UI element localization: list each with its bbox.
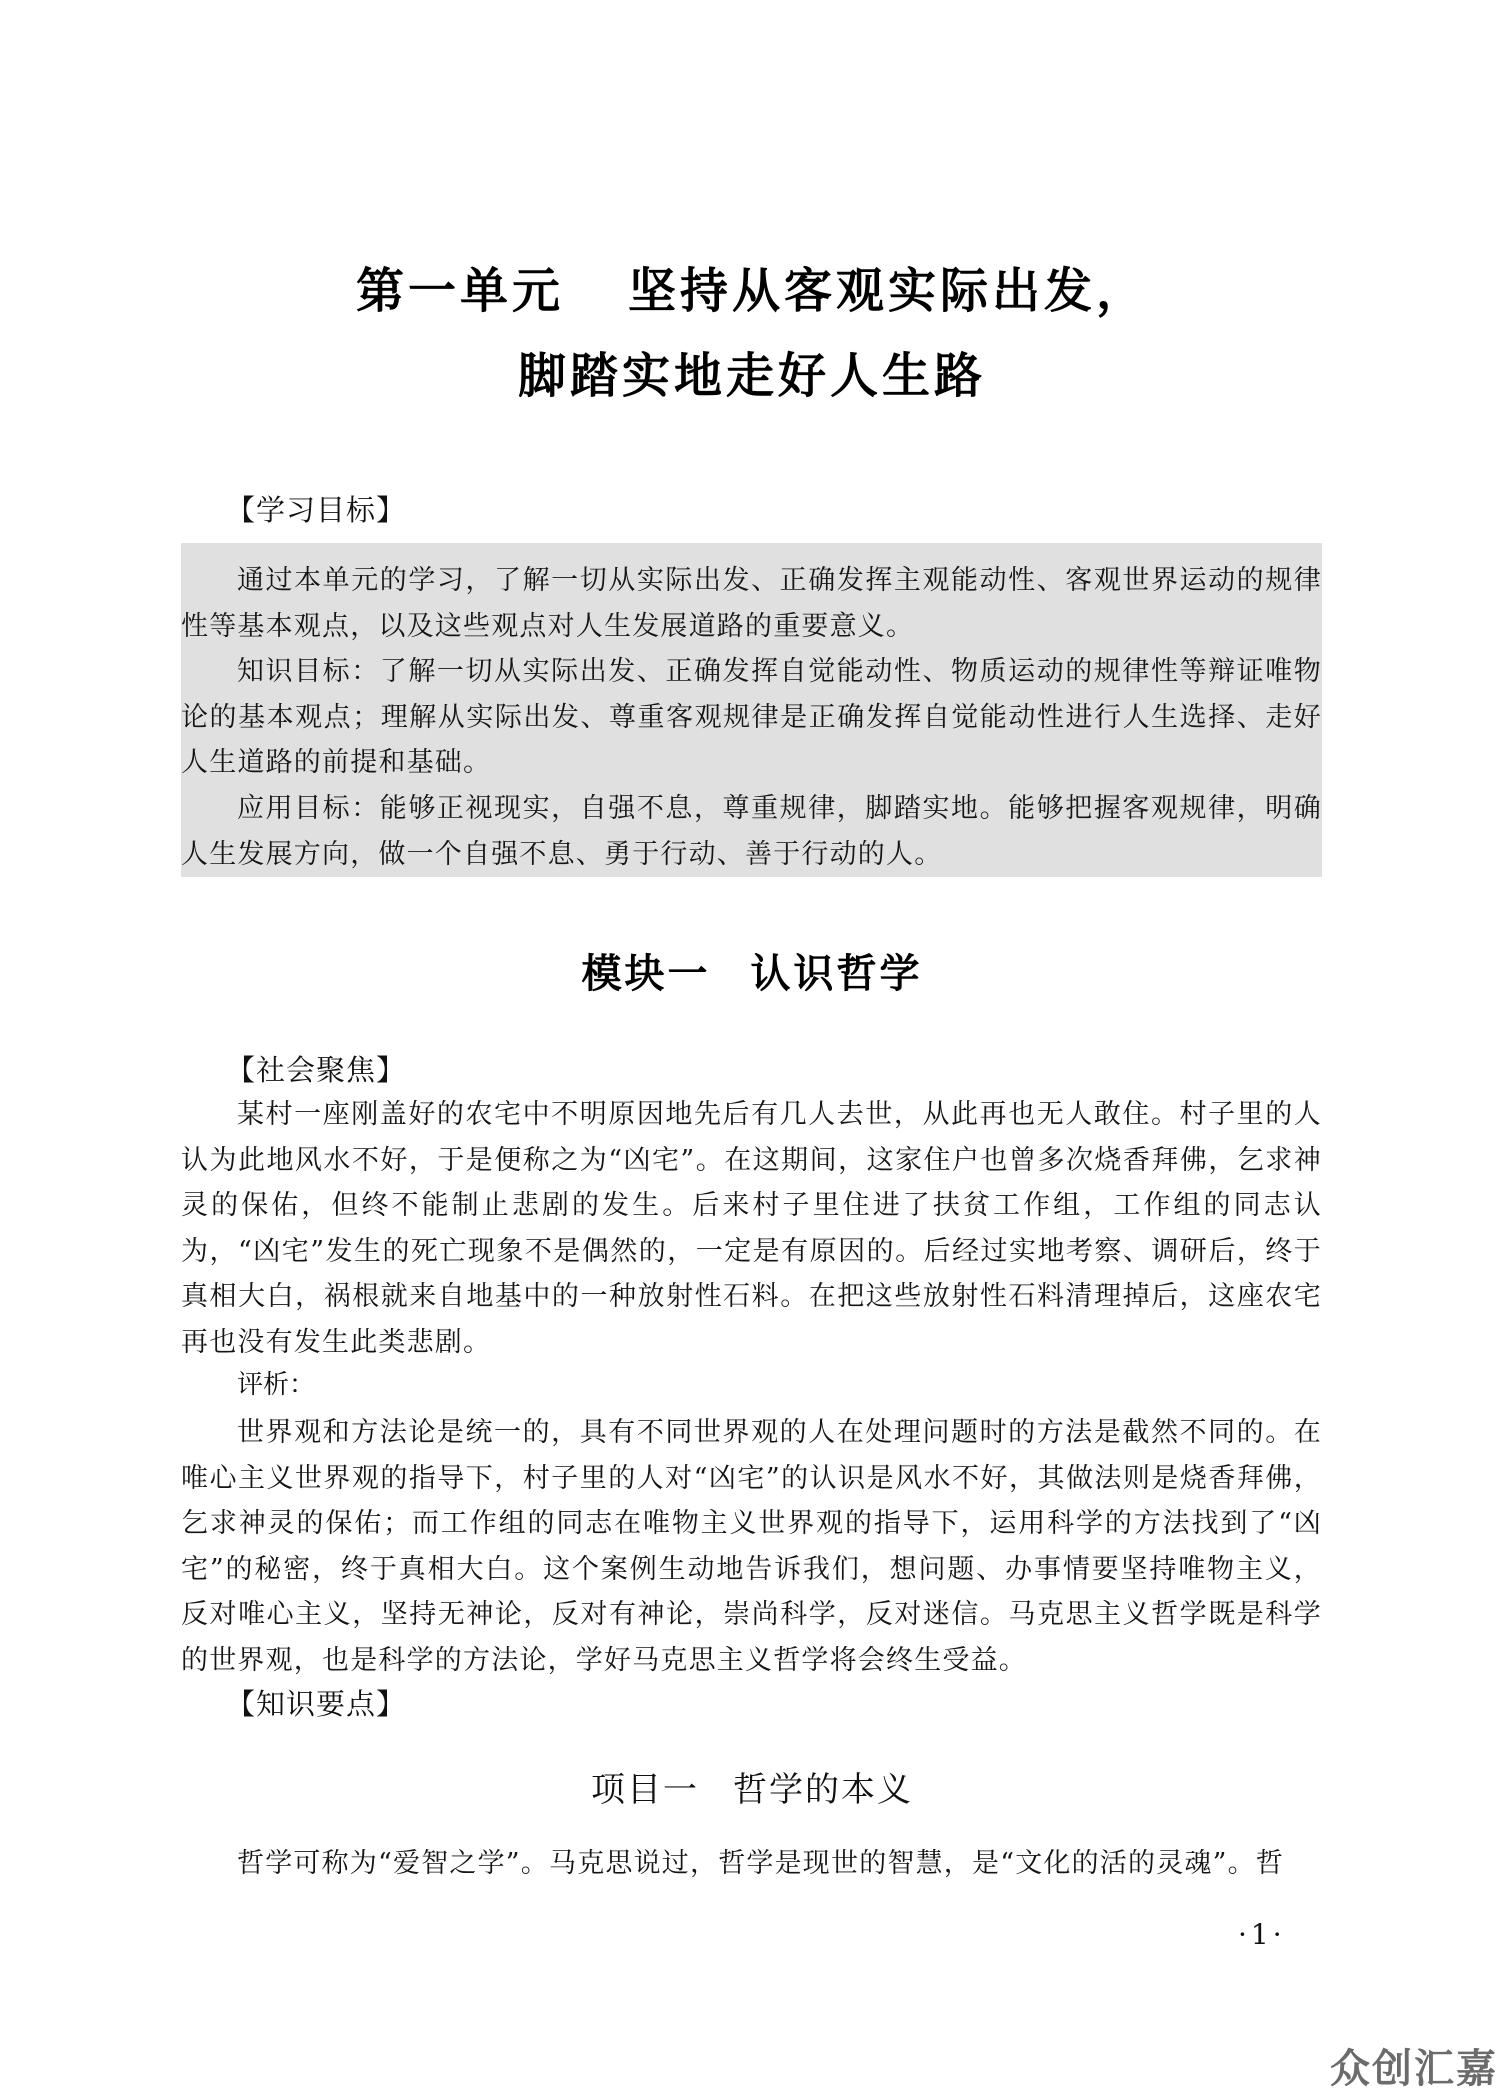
project-paragraph: 哲学可称为“爱智之学”。马克思说过，哲学是现世的智慧，是“文化的活的灵魂”。哲 — [181, 1841, 1322, 1887]
learning-goals-heading: 【学习目标】 — [226, 488, 406, 529]
analysis-paragraph: 世界观和方法论是统一的，具有不同世界观的人在处理问题时的方法是截然不同的。在唯心… — [181, 1410, 1322, 1683]
unit-number: 第一单元 — [356, 263, 564, 319]
analysis-label: 评析： — [237, 1364, 315, 1401]
social-focus-heading: 【社会聚焦】 — [226, 1048, 406, 1089]
module-name: 认识哲学 — [751, 950, 923, 997]
unit-title-line-1: 第一单元坚持从客观实际出发， — [0, 252, 1504, 321]
watermark-logo: 众创汇嘉 — [1330, 2037, 1498, 2094]
learning-goals-paragraph-1: 通过本单元的学习，了解一切从实际出发、正确发挥主观能动性、客观世界运动的规律性等… — [181, 558, 1322, 649]
learning-goals-paragraph-3: 应用目标：能够正视现实，自强不息，尊重规律，脚踏实地。能够把握客观规律，明确人生… — [181, 786, 1322, 877]
project-number: 项目一 — [591, 1770, 699, 1810]
module-title: 模块一认识哲学 — [0, 942, 1504, 999]
page-number: ·1· — [1238, 1918, 1286, 1951]
module-number: 模块一 — [582, 950, 711, 997]
social-focus-paragraph: 某村一座刚盖好的农宅中不明原因地先后有几人去世，从此再也无人敢住。村子里的人认为… — [181, 1092, 1322, 1365]
unit-title-main: 坚持从客观实际出发， — [628, 263, 1148, 319]
learning-goals-paragraph-2: 知识目标：了解一切从实际出发、正确发挥自觉能动性、物质运动的规律性等辩证唯物论的… — [181, 649, 1322, 786]
project-title: 项目一哲学的本义 — [0, 1762, 1504, 1811]
document-page: 第一单元坚持从客观实际出发， 脚踏实地走好人生路 【学习目标】 通过本单元的学习… — [0, 0, 1504, 2094]
unit-title-line-2: 脚踏实地走好人生路 — [0, 337, 1504, 406]
knowledge-points-heading: 【知识要点】 — [226, 1682, 406, 1723]
project-name: 哲学的本义 — [733, 1770, 913, 1810]
